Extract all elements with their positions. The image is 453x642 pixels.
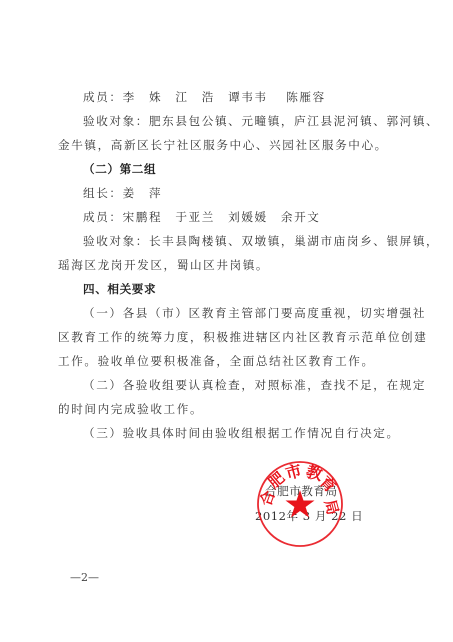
group2-leader: 组长：姜 萍 <box>83 186 392 200</box>
group2-targets-line1: 验收对象：长丰县陶楼镇、双墩镇，巢湖市庙岗乡、银屏镇， <box>83 234 392 248</box>
seal-char-3: 市 <box>283 461 303 483</box>
group2-targets-line2: 瑶海区龙岗开发区，蜀山区井岗镇。 <box>58 258 392 272</box>
document-page: 成员：李 姝 江 浩 谭韦韦 陈雁容 验收对象：肥东县包公镇、元疃镇，庐江县泥河… <box>0 0 453 642</box>
signature-organization: 合肥市教育局 <box>265 484 338 498</box>
group2-heading: （二）第二组 <box>83 162 392 176</box>
requirement-1-line2: 区教育工作的统筹力度，积极推进辖区内社区教育示范单位创建 <box>58 330 392 344</box>
page-number: —2— <box>70 571 99 584</box>
requirement-2-line1: （二）各验收组要认真检查，对照标准，查找不足，在规定 <box>83 378 392 392</box>
signature-date: 2012年 3 月 22 日 <box>255 509 363 523</box>
official-seal-stamp: 合 肥 市 教 育 局 <box>256 460 344 548</box>
seal-icon: 合 肥 市 教 育 局 <box>256 460 344 548</box>
seal-char-4: 教 <box>304 462 325 485</box>
group1-members: 成员：李 姝 江 浩 谭韦韦 陈雁容 <box>83 90 392 104</box>
requirement-1-line1: （一）各县（市）区教育主管部门要高度重视，切实增强社 <box>83 306 392 320</box>
group2-members: 成员：宋鹏程 于亚兰 刘媛媛 余开文 <box>83 210 392 224</box>
group1-targets-line1: 验收对象：肥东县包公镇、元疃镇，庐江县泥河镇、郭河镇、 <box>83 114 392 128</box>
requirement-2-line2: 的时间内完成验收工作。 <box>58 402 392 416</box>
group1-targets-line2: 金牛镇，高新区长宁社区服务中心、兴园社区服务中心。 <box>58 138 392 152</box>
section4-heading: 四、相关要求 <box>83 282 392 296</box>
requirement-1-line3: 工作。验收单位要积极准备，全面总结社区教育工作。 <box>58 354 392 368</box>
requirement-3-line1: （三）验收具体时间由验收组根据工作情况自行决定。 <box>83 426 392 440</box>
